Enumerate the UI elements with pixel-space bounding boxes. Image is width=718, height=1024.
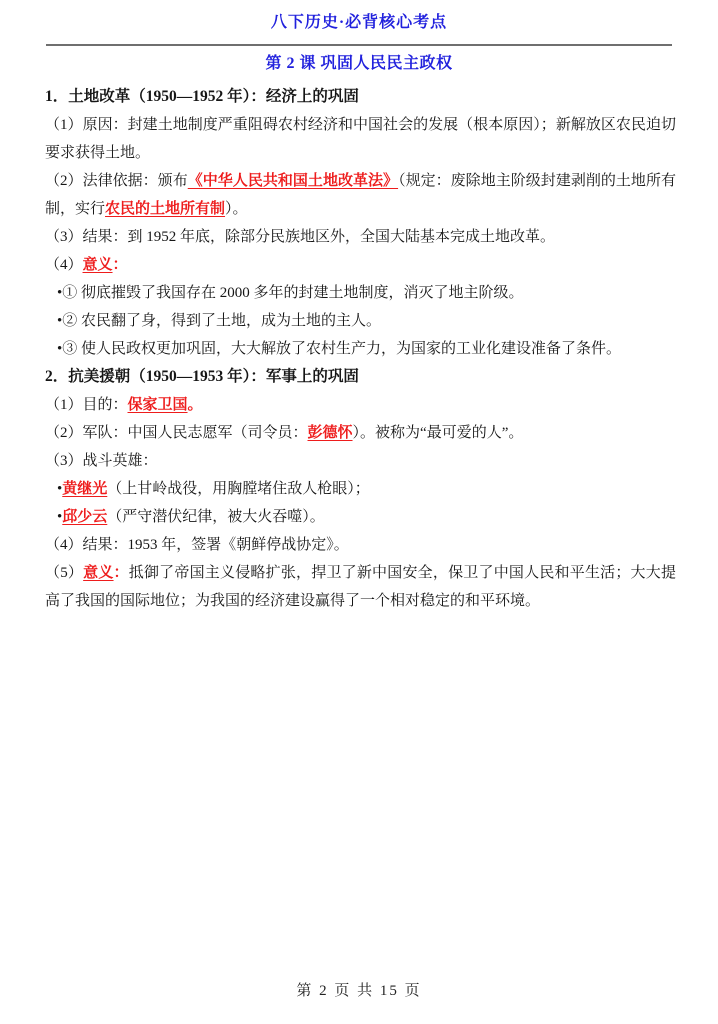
highlight-run: 意义 — [83, 257, 113, 273]
page-number-footer: 第 2 页 共 15 页 — [0, 979, 718, 1000]
document-header-title: 八下历史·必背核心考点 — [0, 0, 718, 34]
paragraph: （3）结果：到 1952 年底，除部分民族地区外，全国大陆基本完成土地改革。 — [45, 223, 676, 251]
paragraph: （2）法律依据：颁布《中华人民共和国土地改革法》（规定：废除地主阶级封建剥削的土… — [45, 167, 676, 223]
text-run: 抵御了帝国主义侵略扩张，捍卫了新中国安全，保卫了中国人民和平生活；大大提高了我国… — [45, 565, 676, 609]
highlight-run: 彭德怀 — [308, 425, 353, 441]
highlight-run: ： — [113, 257, 128, 273]
bullet-item: •邱少云（严守潜伏纪律，被大火吞噬）。 — [45, 503, 676, 531]
highlight-run: 意义 — [83, 565, 113, 581]
section-heading: 2．抗美援朝（1950—1953 年）：军事上的巩固 — [45, 363, 676, 391]
text-run: •③ 使人民政权更加巩固，大大解放了农村生产力，为国家的工业化建设准备了条件。 — [57, 341, 621, 357]
paragraph: （4）结果：1953 年，签署《朝鲜停战协定》。 — [45, 531, 676, 559]
bullet-item: •② 农民翻了身，得到了土地，成为土地的主人。 — [45, 307, 676, 335]
text-run: （4）结果：1953 年，签署《朝鲜停战协定》。 — [45, 537, 349, 553]
text-run: （1）目的： — [45, 397, 128, 413]
paragraph: （4）意义： — [45, 251, 676, 279]
text-run: ）。被称为“最可爱的人”。 — [353, 425, 524, 441]
paragraph: （3）战斗英雄： — [45, 447, 676, 475]
text-run: （上甘岭战役，用胸膛堵住敌人枪眼）； — [107, 481, 370, 497]
paragraph: （5）意义：抵御了帝国主义侵略扩张，捍卫了新中国安全，保卫了中国人民和平生活；大… — [45, 559, 676, 615]
highlight-run: 保家卫国 — [128, 397, 188, 413]
text-run: （3）结果：到 1952 年底，除部分民族地区外，全国大陆基本完成土地改革。 — [45, 229, 555, 245]
text-run: （3）战斗英雄： — [45, 453, 158, 469]
paragraph: （1）目的：保家卫国。 — [45, 391, 676, 419]
highlight-run: 邱少云 — [62, 509, 107, 525]
text-run: 2．抗美援朝（1950—1953 年）：军事上的巩固 — [45, 368, 359, 385]
lesson-title: 第 2 课 巩固人民民主政权 — [0, 53, 718, 75]
highlight-run: ： — [114, 565, 129, 581]
paragraph: （2）军队：中国人民志愿军（司令员：彭德怀）。被称为“最可爱的人”。 — [45, 419, 676, 447]
text-run: （4） — [45, 257, 83, 273]
text-run: ）。 — [225, 201, 248, 217]
document-body: 1．土地改革（1950—1952 年）：经济上的巩固（1）原因：封建土地制度严重… — [0, 83, 718, 615]
text-run: •① 彻底摧毁了我国存在 2000 多年的封建土地制度，消灭了地主阶级。 — [57, 285, 524, 301]
text-run: 1．土地改革（1950—1952 年）：经济上的巩固 — [45, 88, 359, 105]
section-heading: 1．土地改革（1950—1952 年）：经济上的巩固 — [45, 83, 676, 111]
highlight-run: 黄继光 — [62, 481, 107, 497]
bullet-item: •③ 使人民政权更加巩固，大大解放了农村生产力，为国家的工业化建设准备了条件。 — [45, 335, 676, 363]
highlight-run: 《中华人民共和国土地改革法》 — [188, 173, 398, 189]
highlight-run: 农民的土地所有制 — [105, 201, 225, 217]
text-run: •② 农民翻了身，得到了土地，成为土地的主人。 — [57, 313, 381, 329]
bullet-item: •① 彻底摧毁了我国存在 2000 多年的封建土地制度，消灭了地主阶级。 — [45, 279, 676, 307]
text-run: （严守潜伏纪律，被大火吞噬）。 — [107, 509, 325, 525]
text-run: （1）原因：封建土地制度严重阻碍农村经济和中国社会的发展（根本原因）；新解放区农… — [45, 117, 676, 161]
text-run: （2）军队：中国人民志愿军（司令员： — [45, 425, 308, 441]
highlight-run: 。 — [188, 397, 203, 413]
header-divider — [46, 44, 672, 46]
paragraph: （1）原因：封建土地制度严重阻碍农村经济和中国社会的发展（根本原因）；新解放区农… — [45, 111, 676, 167]
text-run: （5） — [45, 565, 83, 581]
document-page: 八下历史·必背核心考点 第 2 课 巩固人民民主政权 1．土地改革（1950—1… — [0, 0, 718, 1024]
bullet-item: •黄继光（上甘岭战役，用胸膛堵住敌人枪眼）； — [45, 475, 676, 503]
text-run: （2）法律依据：颁布 — [45, 173, 188, 189]
